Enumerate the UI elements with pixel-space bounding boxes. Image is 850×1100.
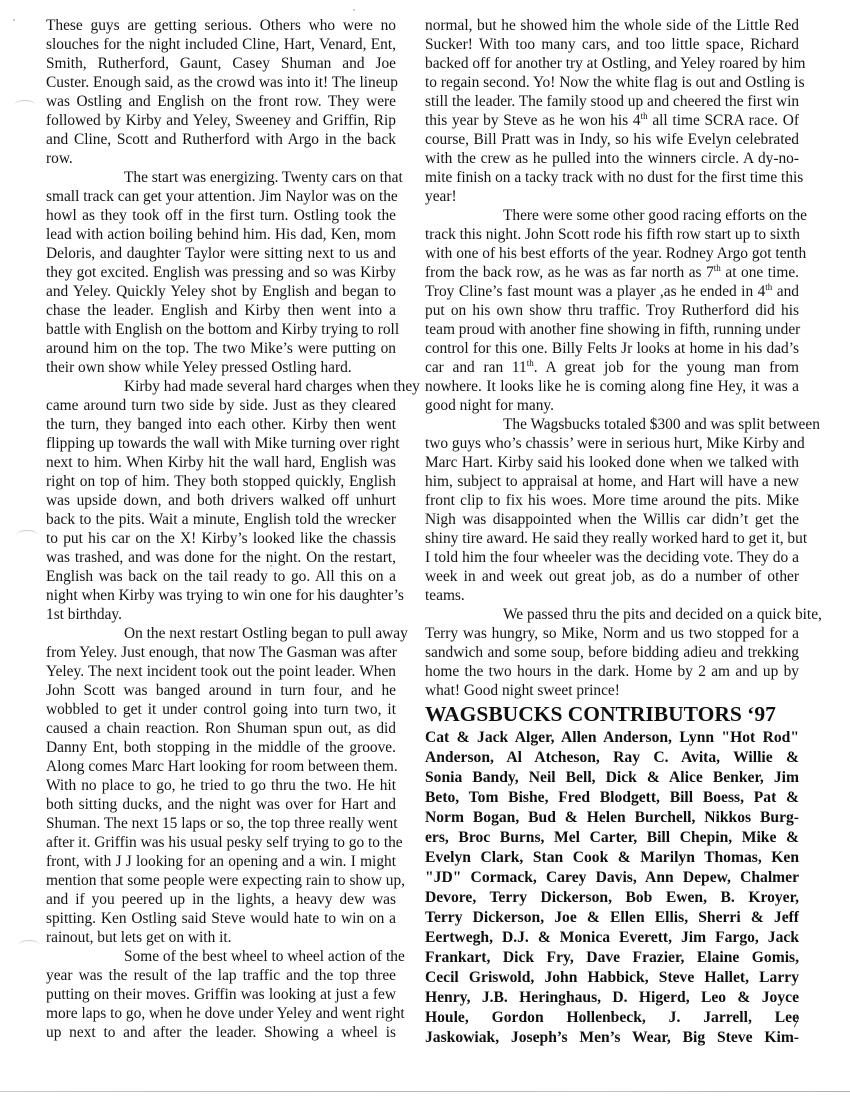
text-line: they got excited. English was pressing a… (46, 263, 396, 282)
text-line: and Yeley. Quickly Yeley shot by English… (46, 282, 396, 301)
contributor-line: Eertwegh, D.J. & Monica Everett, Jim Far… (425, 928, 799, 948)
text-line: Nigh was disappointed when the Willis ca… (425, 510, 799, 529)
text-line: lead with action boiling behind him. His… (46, 225, 396, 244)
text-line: howl as they took off in the first turn.… (46, 206, 396, 225)
text-line: right on top of him. They both stopped q… (46, 472, 396, 491)
text-line: chase the leader. English and Kirby then… (46, 301, 396, 320)
text-line: and if you peered up in the lights, a he… (46, 890, 396, 909)
contributor-line: Jaskowiak, Joseph’s Men’s Wear, Big Stev… (425, 1028, 799, 1048)
text-line: followed by Kirby and Yeley, Sweeney and… (46, 111, 396, 130)
text-line: mention that some people were expecting … (46, 871, 396, 890)
text-line: front, with J J looking for an opening a… (46, 852, 396, 871)
text-line: control for this one. Billy Felts Jr loo… (425, 339, 799, 358)
text-line: up next to and after the leader. Showing… (46, 1023, 396, 1042)
page-number: 7 (792, 1015, 800, 1032)
paragraph-start: The Wagsbucks totaled $300 and was split… (425, 415, 799, 434)
text-line: back to the pits. Wait a minute, English… (46, 510, 396, 529)
contributor-line: Cat & Jack Alger, Allen Anderson, Lynn "… (425, 728, 799, 748)
text-line: and Cline, Scott and Rutherford with Arg… (46, 130, 396, 149)
text-line: from the back row, as he was as far nort… (425, 263, 799, 282)
contributor-line: Sonia Bandy, Neil Bell, Dick & Alice Ben… (425, 768, 799, 788)
binder-hole-mark (14, 100, 36, 111)
text-line: wobbled to get it under control going in… (46, 700, 396, 719)
text-line: with one of his best efforts of the year… (425, 244, 799, 263)
text-line: track this night. John Scott rode his fi… (425, 225, 799, 244)
ordinal-suffix: th (714, 263, 721, 273)
text-line: 1st birthday. (46, 605, 396, 624)
document-page: These guys are getting serious. Others w… (0, 0, 850, 1100)
text-line: shiny tire award. He said they really wo… (425, 529, 799, 548)
text-line: small track can get your attention. Jim … (46, 187, 396, 206)
text-line: spitting. Ken Ostling said Steve would h… (46, 909, 396, 928)
ordinal-suffix: th (641, 111, 648, 121)
contributor-line: Anderson, Al Atcheson, Ray C. Avita, Wil… (425, 748, 799, 768)
text-line: around him on the top. The two Mike’s we… (46, 339, 396, 358)
text-line: battle with English on the bottom and Ki… (46, 320, 396, 339)
paragraph-start: On the next restart Ostling began to pul… (46, 624, 396, 643)
binder-hole-mark (16, 530, 38, 541)
text-line: to regain second. Yo! Now the white flag… (425, 73, 799, 92)
text-line: slouches for the night included Cline, H… (46, 35, 396, 54)
text-line: after it. Griffin was his usual pesky se… (46, 833, 396, 852)
text-line: their own show while Yeley pressed Ostli… (46, 358, 396, 377)
text-line: sandwich and some soup, before bidding a… (425, 643, 799, 662)
text-line: With no place to go, he tried to go thru… (46, 776, 396, 795)
text-line: with the crew as he pulled into the winn… (425, 149, 799, 168)
text-line: nowhere. It looks like he is coming alon… (425, 377, 799, 396)
text-line: Shuman. The next 15 laps or so, the top … (46, 814, 396, 833)
text-line: flipping up towards the wall with Mike t… (46, 434, 396, 453)
text-line: good night for many. (425, 396, 799, 415)
contributors-heading: WAGSBUCKS CONTRIBUTORS ‘97 (425, 702, 799, 726)
contributor-line: Houle, Gordon Hollenbeck, J. Jarrell, Le… (425, 1008, 799, 1028)
text-line: what! Good night sweet prince! (425, 681, 799, 700)
text-line: was trashed, and was done for the night.… (46, 548, 396, 567)
text-line: Terry was hungry, so Mike, Norm and us t… (425, 624, 799, 643)
text-line: Deloris, and daughter Taylor were sittin… (46, 244, 396, 263)
text-line: John Scott was banged around in turn fou… (46, 681, 396, 700)
text-line: was upside down, and both drivers walked… (46, 491, 396, 510)
text-line: Troy Cline’s fast mount was a player ,as… (425, 282, 799, 301)
text-line: English was back on the tail ready to go… (46, 567, 396, 586)
text-line: week in and week out great job, as do a … (425, 567, 799, 586)
text-line: night when Kirby was trying to win one f… (46, 586, 396, 605)
text-line: rainout, but lets get on with it. (46, 928, 396, 947)
contributor-line: "JD" Cormack, Carey Davis, Ann Depew, Ch… (425, 868, 799, 888)
text-line: home the two hours in the dark. Home by … (425, 662, 799, 681)
text-line: teams. (425, 586, 799, 605)
text-line: to put his car on the X! Kirby’s looked … (46, 529, 396, 548)
text-line: this year by Steve as he won his 4th all… (425, 111, 799, 130)
contributor-line: Norm Bogan, Bud & Helen Burchell, Nikkos… (425, 808, 799, 828)
contributor-line: Henry, J.B. Heringhaus, D. Higerd, Leo &… (425, 988, 799, 1008)
paragraph-start: The start was energizing. Twenty cars on… (46, 168, 396, 187)
paragraph-start: Kirby had made several hard charges when… (46, 377, 396, 396)
text-line: next to him. When Kirby hit the wall har… (46, 453, 396, 472)
text-line: backed off for another try at Ostling, a… (425, 54, 799, 73)
scan-speck (353, 9, 355, 11)
text-line: the turn, they banged into each other. K… (46, 415, 396, 434)
scan-speck (13, 19, 15, 21)
contributor-line: Cecil Griswold, John Habbick, Steve Hall… (425, 968, 799, 988)
text-line: year! (425, 187, 799, 206)
binder-hole-mark (18, 940, 40, 951)
contributor-line: Frankart, Dick Fry, Dave Frazier, Elaine… (425, 948, 799, 968)
text-line: him, subject to appraisal at home, and H… (425, 472, 799, 491)
text-line: Marc Hart. Kirby said his looked done wh… (425, 453, 799, 472)
text-line: row. (46, 149, 396, 168)
contributor-line: ers, Broc Burns, Mel Carter, Bill Chepin… (425, 828, 799, 848)
text-line: caused a chain reaction. Ron Shuman spun… (46, 719, 396, 738)
text-line: Yeley. The next incident took out the po… (46, 662, 396, 681)
text-line: mite finish on a tacky track with no dus… (425, 168, 799, 187)
text-line: team proud with another fine showing in … (425, 320, 799, 339)
text-line: Sucker! With too many cars, and too litt… (425, 35, 799, 54)
text-line: both sitting ducks, and the night was ov… (46, 795, 396, 814)
text-line: was Ostling and English on the front row… (46, 92, 396, 111)
text-line: Along comes Marc Hart looking for room b… (46, 757, 396, 776)
text-line: two guys who’s chassis’ were in serious … (425, 434, 799, 453)
text-line: still the leader. The family stood up an… (425, 92, 799, 111)
text-line: These guys are getting serious. Others w… (46, 16, 396, 35)
contributor-line: Evelyn Clark, Stan Cook & Marilyn Thomas… (425, 848, 799, 868)
paragraph-start: There were some other good racing effort… (425, 206, 799, 225)
text-line: Custer. Enough said, as the crowd was in… (46, 73, 396, 92)
text-line: I told him the four wheeler was the deci… (425, 548, 799, 567)
text-line: came around turn two side by side. Just … (46, 396, 396, 415)
scan-bottom-edge (0, 1091, 850, 1092)
text-line: car and ran 11th. A great job for the yo… (425, 358, 799, 377)
contributor-line: Beto, Tom Bishe, Fred Blodgett, Bill Boe… (425, 788, 799, 808)
text-line: course, Bill Pratt was in Indy, so his w… (425, 130, 799, 149)
text-line: more laps to go, when he dove under Yele… (46, 1004, 396, 1023)
text-line: put on his own show thru traffic. Troy R… (425, 301, 799, 320)
paragraph-start: Some of the best wheel to wheel action o… (46, 947, 396, 966)
text-line: year was the result of the lap traffic a… (46, 966, 396, 985)
text-line: from Yeley. Just enough, that now The Ga… (46, 643, 396, 662)
contributor-line: Terry Dickerson, Joe & Ellen Ellis, Sher… (425, 908, 799, 928)
text-line: front clip to fix his woes. More time ar… (425, 491, 799, 510)
text-line: Danny Ent, both stopping in the middle o… (46, 738, 396, 757)
paragraph-start: We passed thru the pits and decided on a… (425, 605, 799, 624)
text-line: Smith, Rutherford, Gaunt, Casey Shuman a… (46, 54, 396, 73)
text-line: normal, but he showed him the whole side… (425, 16, 799, 35)
ordinal-suffix: th (527, 358, 534, 368)
text-line: putting on their moves. Griffin was look… (46, 985, 396, 1004)
contributor-line: Devore, Terry Dickerson, Bob Ewen, B. Kr… (425, 888, 799, 908)
